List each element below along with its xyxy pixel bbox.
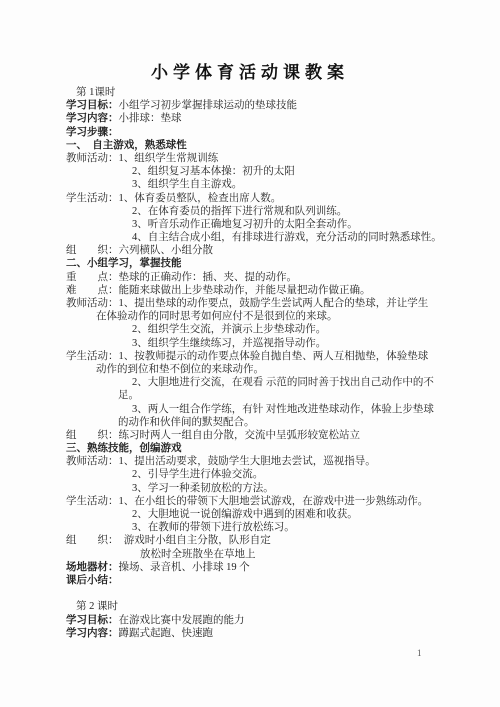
doc-line: 组 织：六列横队、小组分散: [66, 244, 446, 257]
body-text: 小组学习初步掌握排球运动的垫球技能: [119, 100, 298, 111]
body-text: 教师活动：1、提出垫球的动作要点，鼓励学生尝试两人配合的垫球，并让学生: [66, 298, 428, 309]
doc-line: 3、在教师的带领下进行放松练习。: [66, 521, 446, 534]
body-text: 的动作和伙伴间的默契配合。: [118, 417, 255, 428]
body-text: 2、在体育委员的指挥下进行常规和队列训练。: [132, 206, 347, 217]
doc-line: 4、自主结合成小组，有排球进行游戏，充分活动的同时熟悉球性。: [66, 231, 446, 244]
page-number: 1: [417, 648, 422, 658]
doc-line: 第 1课时: [66, 86, 446, 99]
doc-line: 教师活动：1、组织学生常规训练: [66, 152, 446, 165]
label-text: 学习内容：: [66, 628, 119, 639]
doc-line: 学习目标：在游戏比赛中发展跑的能力: [66, 614, 446, 627]
doc-line: 课后小结：: [66, 574, 446, 587]
body-text: 2、组织复习基本体操：初升的太阳: [132, 166, 295, 177]
doc-line: 3、组织学生自主游戏。: [66, 178, 446, 191]
doc-line: 3、听音乐动作正确地复习初升的太阳全套动作。: [66, 218, 446, 231]
body-text: 3、学习一种柔韧放松的方法。: [132, 483, 274, 494]
doc-line: 一、 自主游戏，熟悉球性: [66, 139, 446, 152]
body-text: 2、引导学生进行体验交流。: [132, 469, 263, 480]
doc-line: 放松时全班散坐在草地上: [66, 548, 446, 561]
doc-line: 学习步骤：: [66, 126, 446, 139]
label-text: 二、小组学习，掌握技能: [66, 258, 182, 269]
body-text: 在体验动作的同时思考如何应付不是很到位的来球。: [96, 311, 338, 322]
body-text: 3、组织学生自主游戏。: [132, 179, 242, 190]
doc-line: 动作的到位和垫不倒位的来球动作。: [66, 363, 446, 376]
doc-line: 难 点：能随来球做出上步垫球动作，并能尽量把动作做正确。: [66, 284, 446, 297]
body-text: 第 2 课时: [76, 601, 118, 612]
doc-line: 教师活动：1、提出垫球的动作要点，鼓励学生尝试两人配合的垫球，并让学生: [66, 297, 446, 310]
body-text: 小排球：垫球: [119, 113, 182, 124]
document-page: 小学体育活动课教案 第 1课时学习目标：小组学习初步掌握排球运动的垫球技能学习内…: [0, 0, 500, 707]
body-text: 动作的到位和垫不倒位的来球动作。: [96, 364, 264, 375]
body-text: 难 点：能随来球做出上步垫球动作，并能尽量把动作做正确。: [66, 285, 371, 296]
body-text: 足。: [118, 390, 139, 401]
body-text: 学生活动：1、在小组长的带领下大胆地尝试游戏，在游戏中进一步熟练动作。: [66, 496, 428, 507]
doc-line: [66, 587, 446, 600]
label-text: 场地器材：: [66, 562, 119, 573]
doc-line: 学生活动：1、在小组长的带领下大胆地尝试游戏，在游戏中进一步熟练动作。: [66, 495, 446, 508]
body-text: 第 1课时: [76, 87, 115, 98]
page-title: 小学体育活动课教案: [0, 58, 500, 83]
body-text: 组 织：练习时两人一组自由分散，交流中呈弧形较宽松站立: [66, 430, 360, 441]
doc-line: 重 点：垫球的正确动作：插、夹、提的动作。: [66, 271, 446, 284]
doc-line: 二、小组学习，掌握技能: [66, 257, 446, 270]
label-text: 学习步骤：: [66, 127, 119, 138]
doc-line: 组 织：练习时两人一组自由分散，交流中呈弧形较宽松站立: [66, 429, 446, 442]
doc-line: 的动作和伙伴间的默契配合。: [66, 416, 446, 429]
body-text: 学生活动：1、体育委员整队，检查出席人数。: [66, 193, 281, 204]
doc-line: 2、组织学生交流，并演示上步垫球动作。: [66, 323, 446, 336]
label-text: 学习目标：: [66, 615, 119, 626]
doc-line: 在体验动作的同时思考如何应付不是很到位的来球。: [66, 310, 446, 323]
body-text: 3、听音乐动作正确地复习初升的太阳全套动作。: [132, 219, 358, 230]
body-text: 2、大胆地说一说创编游戏中遇到的困难和收获。: [132, 509, 358, 520]
doc-line: 教师活动：1、提出活动要求，鼓励学生大胆地去尝试，巡视指导。: [66, 455, 446, 468]
body-text: 2、组织学生交流，并演示上步垫球动作。: [132, 324, 326, 335]
body-text: 操场、录音机、小排球 19 个: [119, 562, 250, 573]
body-text: 教师活动：1、提出活动要求，鼓励学生大胆地去尝试，巡视指导。: [66, 456, 376, 467]
body-text: 放松时全班散坐在草地上: [140, 549, 256, 560]
label-text: 学习内容：: [66, 113, 119, 124]
doc-line: 三、熟练技能，创编游戏: [66, 442, 446, 455]
doc-line: 2、在体育委员的指挥下进行常规和队列训练。: [66, 205, 446, 218]
doc-line: 2、大胆地说一说创编游戏中遇到的困难和收获。: [66, 508, 446, 521]
body-text: 2、大胆地进行交流，在观看 示范的同时善于找出自己动作中的不: [132, 377, 434, 388]
doc-line: 学生活动：1、按教师提示的动作要点体验自抛自垫、两人互相抛垫，体验垫球: [66, 350, 446, 363]
doc-line: 学习目标：小组学习初步掌握排球运动的垫球技能: [66, 99, 446, 112]
doc-line: 2、引导学生进行体验交流。: [66, 468, 446, 481]
doc-line: 3、学习一种柔韧放松的方法。: [66, 482, 446, 495]
body-text: 学生活动：1、按教师提示的动作要点体验自抛自垫、两人互相抛垫，体验垫球: [66, 351, 428, 362]
body-text: 在游戏比赛中发展跑的能力: [119, 615, 245, 626]
body-text: 蹲踞式起跑、快速跑: [119, 628, 214, 639]
document-body: 第 1课时学习目标：小组学习初步掌握排球运动的垫球技能学习内容：小排球：垫球学习…: [66, 86, 446, 640]
doc-line: 第 2 课时: [66, 600, 446, 613]
body-text: 组 织： 游戏时小组自主分散，队形自定: [66, 535, 271, 546]
label-text: 三、熟练技能，创编游戏: [66, 443, 182, 454]
label-text: 一、 自主游戏，熟悉球性: [66, 140, 187, 151]
doc-line: 2、大胆地进行交流，在观看 示范的同时善于找出自己动作中的不: [66, 376, 446, 389]
body-text: 3、组织学生继续练习，并巡视指导动作。: [132, 338, 326, 349]
doc-line: 学习内容：小排球：垫球: [66, 112, 446, 125]
doc-line: 学习内容：蹲踞式起跑、快速跑: [66, 627, 446, 640]
body-text: 组 织：六列横队、小组分散: [66, 245, 213, 256]
body-text: 教师活动：1、组织学生常规训练: [66, 153, 218, 164]
doc-line: 足。: [66, 389, 446, 402]
body-text: 4、自主结合成小组，有排球进行游戏，充分活动的同时熟悉球性。: [132, 232, 442, 243]
doc-line: 组 织： 游戏时小组自主分散，队形自定: [66, 534, 446, 547]
body-text: 重 点：垫球的正确动作：插、夹、提的动作。: [66, 272, 297, 283]
doc-line: 学生活动：1、体育委员整队，检查出席人数。: [66, 192, 446, 205]
doc-line: 3、组织学生继续练习，并巡视指导动作。: [66, 337, 446, 350]
body-text: 3、在教师的带领下进行放松练习。: [132, 522, 295, 533]
doc-line: 3、两人一组合作学练，有针 对性地改进垫球动作，体验上步垫球: [66, 403, 446, 416]
doc-line: 2、组织复习基本体操：初升的太阳: [66, 165, 446, 178]
body-text: 3、两人一组合作学练，有针 对性地改进垫球动作，体验上步垫球: [132, 404, 434, 415]
doc-line: 场地器材：操场、录音机、小排球 19 个: [66, 561, 446, 574]
label-text: 学习目标：: [66, 100, 119, 111]
label-text: 课后小结：: [66, 575, 119, 586]
